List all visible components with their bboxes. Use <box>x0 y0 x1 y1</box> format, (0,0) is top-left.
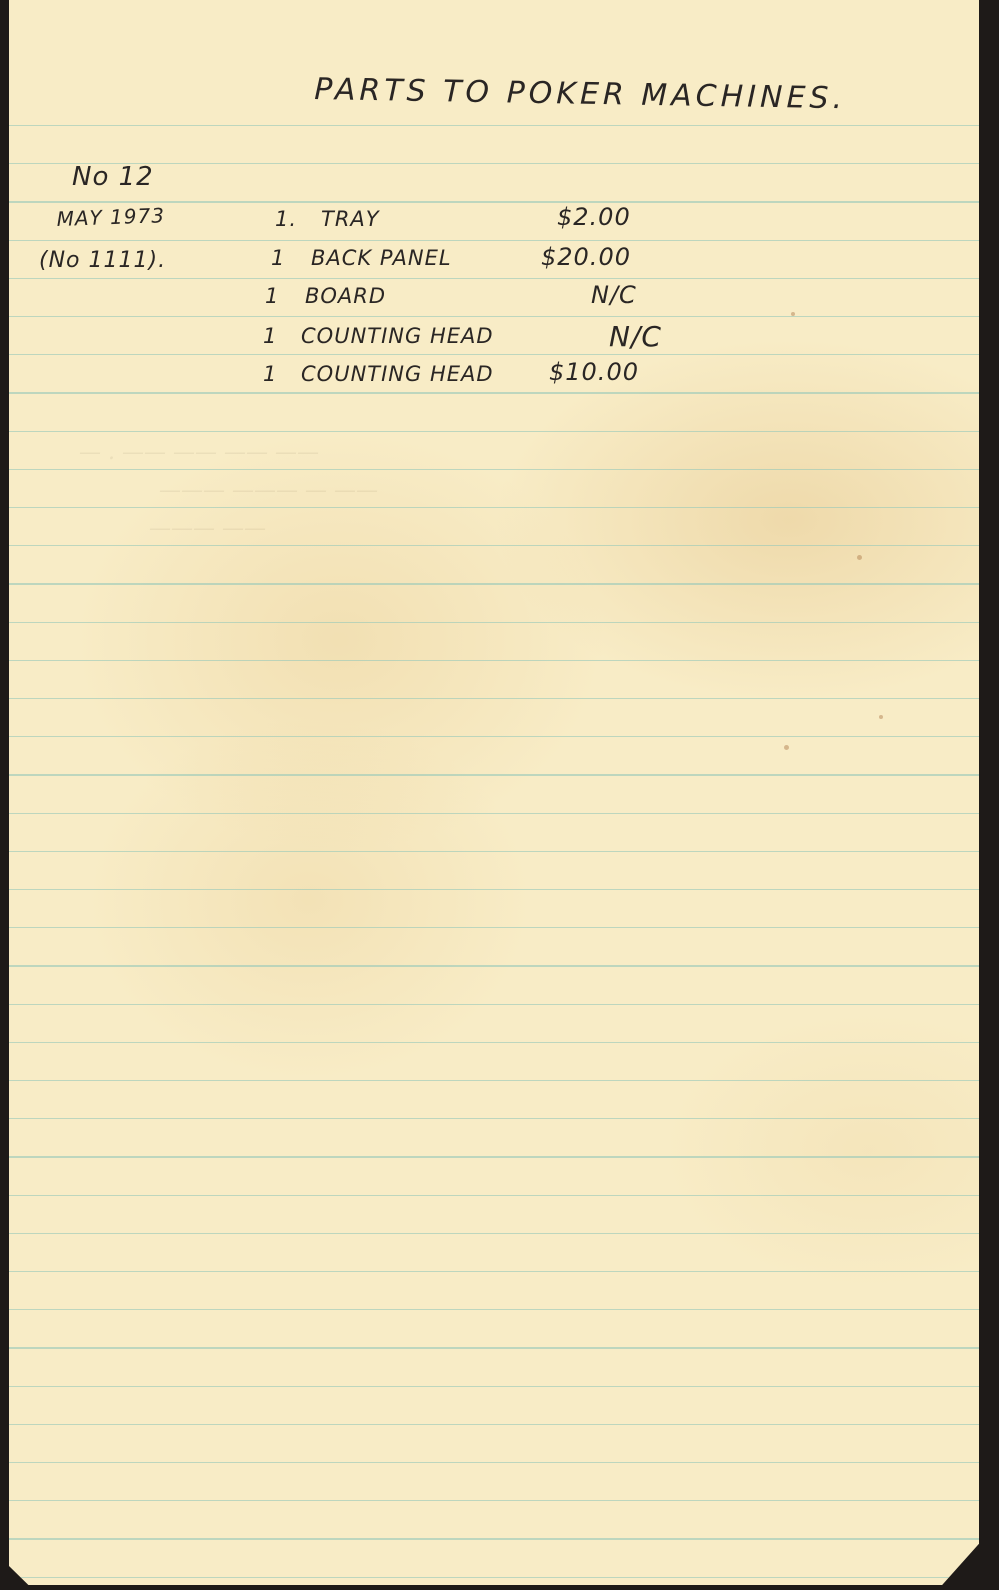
rule-line <box>9 1118 979 1119</box>
item-price: $2.00 <box>557 203 631 231</box>
item-description: COUNTING HEAD <box>301 324 494 348</box>
rule-line <box>9 660 979 661</box>
rule-line <box>9 1195 979 1196</box>
rule-line <box>9 1004 979 1005</box>
stain-spot <box>784 745 789 750</box>
item-qty: 1 <box>263 324 277 348</box>
item-description: BACK PANEL <box>311 246 452 270</box>
item-price: $10.00 <box>549 358 639 386</box>
rule-line <box>9 622 979 623</box>
bleed-through-text: ——— ——— — —— <box>159 478 378 503</box>
rule-line <box>9 469 979 470</box>
rule-line <box>9 278 979 279</box>
item-price: N/C <box>609 320 662 353</box>
rule-line <box>9 889 979 890</box>
rule-line <box>9 354 979 355</box>
rule-line <box>9 1080 979 1081</box>
rule-line <box>9 392 979 393</box>
rule-line <box>9 1156 979 1157</box>
rule-line <box>9 545 979 546</box>
rule-line <box>9 1042 979 1043</box>
rule-line <box>9 431 979 432</box>
rule-line <box>9 813 979 814</box>
rule-line <box>9 316 979 317</box>
ruled-paper-sheet: — . —— —— —— —— ——— ——— — —— ——— —— PART… <box>9 0 979 1585</box>
rule-line <box>9 698 979 699</box>
rule-line <box>9 1462 979 1463</box>
stain-spot <box>879 715 883 719</box>
document-reference: (No 1111). <box>39 248 166 273</box>
stain-spot <box>791 312 795 316</box>
rule-line <box>9 851 979 852</box>
rule-line <box>9 774 979 775</box>
rule-line <box>9 1233 979 1234</box>
rule-line <box>9 965 979 966</box>
rule-line <box>9 1424 979 1425</box>
item-description: COUNTING HEAD <box>301 362 494 386</box>
rule-line <box>9 507 979 508</box>
rule-line <box>9 927 979 928</box>
rule-line <box>9 736 979 737</box>
rule-line <box>9 1386 979 1387</box>
item-qty: 1 <box>263 362 277 386</box>
item-price: $20.00 <box>541 243 631 271</box>
rule-line <box>9 1347 979 1348</box>
rule-line <box>9 1577 979 1578</box>
rule-line <box>9 1538 979 1539</box>
item-qty: 1 <box>265 284 279 308</box>
stain-spot <box>857 555 862 560</box>
rule-line <box>9 240 979 241</box>
rule-line <box>9 163 979 164</box>
item-qty: 1. <box>275 207 297 231</box>
rule-line <box>9 1271 979 1272</box>
bleed-through-text: — . —— —— —— —— <box>79 440 319 465</box>
document-title: PARTS TO POKER MACHINES. <box>314 72 846 116</box>
rule-line <box>9 1500 979 1501</box>
item-description: BOARD <box>305 284 386 308</box>
bleed-through-text: ——— —— <box>149 516 266 541</box>
item-description: TRAY <box>321 207 380 231</box>
document-date: MAY 1973 <box>56 203 165 231</box>
item-qty: 1 <box>271 246 285 270</box>
rule-line <box>9 125 979 126</box>
document-number: No 12 <box>72 162 154 192</box>
rule-line <box>9 1309 979 1310</box>
rule-line <box>9 583 979 584</box>
rule-line <box>9 201 979 202</box>
item-price: N/C <box>591 281 637 309</box>
